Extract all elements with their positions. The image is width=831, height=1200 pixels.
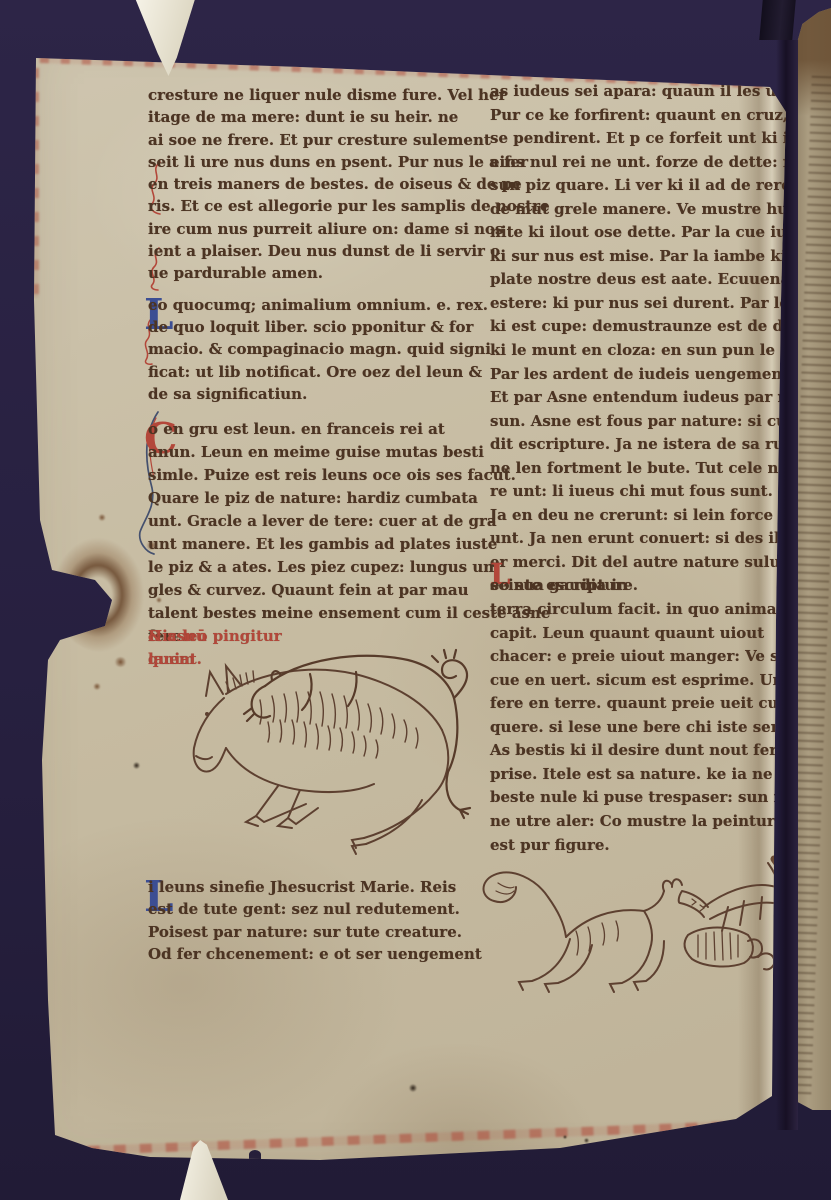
text-line: nite ki ilout ose dette. Par la cue iust… [490, 221, 812, 245]
body-text: o en gru est leun. en franceis rei at [148, 418, 445, 441]
text-column-left: cresture ne liquer nule disme fure. Vel … [148, 84, 490, 671]
text-line: chacer: e preie uiout manger: Ve sa [490, 645, 812, 669]
text-line: er merci. Dit del autre nature sulum [490, 551, 812, 575]
body-text: est pur figure. [490, 834, 610, 858]
red-margin-flourish [140, 316, 160, 366]
text-line: ire cum nus purreit aliure on: dame si n… [148, 218, 490, 240]
red-edge-stain-top [40, 56, 770, 88]
body-text: er merci. Dit del autre nature sulum [490, 551, 796, 575]
body-text: ue pardurable amen. [148, 262, 323, 284]
text-line: eo quocumq; animalium omnium. e. rex. [148, 294, 490, 316]
red-margin-flourish [146, 246, 168, 292]
text-line: dit escripture. Ja ne istera de sa rute:… [490, 433, 812, 457]
red-margin-flourish [146, 160, 168, 216]
body-text: beste nule ki puse trespaser: sun mere [490, 786, 816, 810]
stain-spot [98, 514, 106, 521]
text-line: estere: ki pur nus sei durent. Par le pe [490, 292, 812, 316]
lion-attacking-ass-drawing [160, 652, 490, 862]
body-text: simle. Puize est reis leuns oce ois ses … [148, 464, 516, 487]
bookmark-ribbon [759, 0, 795, 40]
body-text: as iudeus sei apara: quaun il les uiera. [490, 80, 814, 104]
body-text: ki est cupe: demustraunze est de deu, [490, 315, 809, 339]
text-line: ki est cupe: demustraunze est de deu, [490, 315, 812, 339]
text-line: de mut grele manere. Ve mustre huma [490, 198, 812, 222]
body-text: i leuns sinefie Jhesucrist Marie. Reis [148, 876, 456, 898]
parchment-hole-stain [52, 538, 144, 652]
body-text: ki sur nus est mise. Par la iambe ki est [490, 245, 817, 269]
left-block-3: Co en gru est leun. en franceis rei atan… [148, 418, 490, 671]
body-text: ficat: ut lib notificat. Ore oez del leu… [148, 361, 482, 383]
body-text: ne len fortment le bute. Tut cele natu [490, 457, 806, 481]
body-text: le piz & a ates. Les piez cupez: lungus … [148, 556, 494, 579]
left-block-2: Leo quocumq; animalium omnium. e. rex.de… [148, 294, 490, 405]
text-line: Par les ardent de iudeis uengement. [490, 363, 812, 387]
text-line: en treis maners de bestes. de oiseus & d… [148, 173, 490, 195]
body-text: ient a plaiser. Deu nus dunst de li serv… [148, 240, 500, 262]
stain-spot [146, 541, 157, 550]
text-gap [148, 648, 248, 649]
body-text: seit li ure nus duns en psent. Pur nus l… [148, 151, 528, 173]
red-edge-stain-bottom [62, 1121, 738, 1156]
manuscript-photo: cresture ne liquer nule disme fure. Vel … [0, 0, 831, 1200]
red-edge-stain-left [33, 68, 39, 298]
text-line: fere en terre. quaunt preie ueit cum [490, 692, 812, 716]
body-text: Ja en deu ne crerunt: si lein force nel … [490, 504, 827, 528]
body-text: nite ki ilout ose dette. Par la cue iust… [490, 221, 826, 245]
stain-spot [114, 657, 127, 667]
body-text: As bestis ki il desire dunt nout fere sa [490, 739, 810, 763]
body-text: Et par Asne entendum iudeus par rei [490, 386, 801, 410]
body-text: plate nostre deus est aate. Ecuuenable [490, 268, 816, 292]
text-line: simle. Puize est reis leuns oce ois ses … [148, 464, 490, 487]
body-text: talent bestes meine ensement cum il cest… [148, 602, 550, 625]
body-text: anun. Leun en meime guise mutas besti [148, 441, 484, 464]
rubric-text: Hic leo pingitur [148, 625, 282, 648]
body-text: en treis maners de bestes. de oiseus & d… [148, 173, 522, 195]
body-text: ris. Et ce est allegorie pur les samplis… [148, 195, 550, 217]
body-text: prise. Itele est sa nature. ke ia ne nei… [490, 763, 811, 787]
text-line: Quare le piz de nature: hardiz cumbata [148, 487, 490, 510]
illuminated-initial: L [144, 295, 174, 335]
body-text: Pur ce ke forfirent: quaunt en cruz, [490, 104, 788, 128]
body-text: Poisest par nature: sur tute creature. [148, 921, 462, 943]
body-text: chacer: e preie uiout manger: Ve sa [490, 645, 788, 669]
stain-spot [156, 597, 162, 603]
body-text: ki le munt en cloza: en sun pun le tenda… [490, 339, 831, 363]
text-line: sun. Asne est fous par nature: si cum [490, 410, 812, 434]
lion-chasing-prey-drawing [452, 845, 800, 995]
ink-speck [409, 1084, 417, 1092]
body-text: itage de ma mere: dunt ie su heir. ne [148, 106, 458, 128]
text-line: de sa significatiun. [148, 383, 490, 405]
text-line: eins nul rei ne unt. forze de dette: mus… [490, 151, 812, 175]
ink-speck [584, 1138, 589, 1143]
text-line: se pendirent. Et p ce forfeit unt ki il … [490, 127, 812, 151]
text-line: ue pardurable amen. [148, 262, 490, 284]
stain-spot [93, 683, 101, 690]
illuminated-initial: C [144, 419, 174, 459]
text-line: anun. Leun en meime guise mutas besti [148, 441, 490, 464]
body-text: eo quocumq; animalium omnium. e. rex. [148, 294, 488, 316]
body-text: de mut grele manere. Ve mustre huma [490, 198, 814, 222]
text-line: ki le munt en cloza: en sun pun le tenda… [490, 339, 812, 363]
text-line: de quo loquit liber. scio pponitur & for [148, 316, 490, 338]
text-line: talent bestes meine ensement cum il cest… [148, 602, 490, 625]
body-text: unt. Ja nen erunt conuert: si des il nen [490, 527, 816, 551]
body-text: Quare le piz de nature: hardiz cumbata [148, 487, 478, 510]
body-text: gles & curvez. Quaunt fein at par mau [148, 579, 469, 602]
body-text: terra circulum facit. in quo animalia [490, 598, 798, 622]
text-line: ris. Et ce est allegorie pur les samplis… [148, 195, 490, 217]
manuscript-page: cresture ne liquer nule disme fure. Vel … [0, 0, 831, 1200]
text-line: quere. si lese une bere chi iste sere en… [490, 716, 812, 740]
body-text: sun. Asne est fous par nature: si cum [490, 410, 803, 434]
text-line: Ja en deu ne crerunt: si lein force nel … [490, 504, 812, 528]
text-line: prise. Itele est sa nature. ke ia ne nei… [490, 763, 812, 787]
body-text: unt manere. Et les gambis ad plates iust… [148, 533, 497, 556]
text-line: Pur ce ke forfirent: quaunt en cruz, [490, 104, 812, 128]
text-line: As bestis ki il desire dunt nout fere sa [490, 739, 812, 763]
body-text: re unt: li iueus chi mut fous sunt. [490, 480, 773, 504]
text-line: itage de ma mere: dunt ie su heir. ne [148, 106, 490, 128]
body-text: Par les ardent de iudeis uengement. [490, 363, 794, 387]
text-line: beste nule ki puse trespaser: sun mere [490, 786, 812, 810]
body-text: seinte escripture. [490, 574, 638, 598]
text-line: le piz & a ates. Les piez cupez: lungus … [148, 556, 490, 579]
text-line: plate nostre deus est aate. Ecuuenable [490, 268, 812, 292]
text-line: Et par Asne entendum iudeus par rei [490, 386, 812, 410]
rubric-text: & asnū [148, 625, 207, 648]
body-text: capit. Leun quaunt quaunt uiout [490, 622, 764, 646]
text-line: capit. Leun quaunt quaunt uiout [490, 622, 812, 646]
body-text: cresture ne liquer nule disme fure. Vel … [148, 84, 507, 106]
body-text: eins nul rei ne unt. forze de dette: mus… [490, 151, 831, 175]
text-line: ne len fortment le bute. Tut cele natu [490, 457, 812, 481]
text-line: as iudeus sei apara: quaun il les uiera. [490, 80, 812, 104]
text-line: gles & curvez. Quaunt fein at par mau [148, 579, 490, 602]
text-line: unt. Gracle a lever de tere: cuer at de … [148, 510, 490, 533]
body-text: Od fer chcenement: e ot ser uengement [148, 943, 482, 965]
body-text: sun piz quare. Li ver ki il ad de rere [490, 174, 791, 198]
initial-descender-flourish [136, 408, 164, 558]
text-line: re unt: li iueus chi mut fous sunt. [490, 480, 812, 504]
text-column-right: as iudeus sei apara: quaun il les uiera.… [490, 80, 812, 857]
text-line: ficat: ut lib notificat. Ore oez del leu… [148, 361, 490, 383]
body-text: fere. [148, 625, 187, 648]
text-line: cresture ne liquer nule disme fure. Vel … [148, 84, 490, 106]
rubric-text: quem [148, 648, 195, 671]
text-line: sun piz quare. Li ver ki il ad de rere [490, 174, 812, 198]
body-text: ai soe ne frere. Et pur cresture sulemen… [148, 129, 491, 151]
text-line: est pur figure. [490, 834, 812, 858]
text-line: o en gru est leun. en franceis rei at [148, 418, 490, 441]
left-block-1: cresture ne liquer nule disme fure. Vel … [148, 84, 490, 285]
body-text: dit escripture. Ja ne istera de sa rute:… [490, 433, 825, 457]
ink-speck [563, 1135, 567, 1139]
body-text: macio. & compaginacio magn. quid signi [148, 338, 491, 360]
edge-nick [249, 1150, 261, 1159]
illuminated-initial: L [144, 877, 174, 917]
body-text: unt. Gracle a lever de tere: cuer at de … [148, 510, 497, 533]
body-text: se pendirent. Et p ce forfeit unt ki il … [490, 127, 819, 151]
text-line: ient a plaiser. Deu nus dunst de li serv… [148, 240, 490, 262]
text-line: terra circulum facit. in quo animalia [490, 598, 812, 622]
text-gap [148, 648, 226, 649]
text-line: seinte escripture. Leo sua gaudia in [490, 574, 812, 598]
text-line: ki sur nus est mise. Par la iambe ki est [490, 245, 812, 269]
body-text: ire cum nus purreit aliure on: dame si n… [148, 218, 504, 240]
body-text: eo sua gaudia in [490, 574, 628, 598]
text-line: fere. Hic leo pingitur& asnū [148, 625, 490, 648]
text-line: cue en uert. sicum est esprime. Un cerne [490, 669, 812, 693]
text-line: unt manere. Et les gambis ad plates iust… [148, 533, 490, 556]
body-text: fere en terre. quaunt preie ueit cum [490, 692, 794, 716]
body-text: de quo loquit liber. scio pponitur & for [148, 316, 473, 338]
body-text: de sa significatiun. [148, 383, 307, 405]
text-line: seit li ure nus duns en psent. Pur nus l… [148, 151, 490, 173]
text-line: unt. Ja nen erunt conuert: si des il nen [490, 527, 812, 551]
text-line: macio. & compaginacio magn. quid signi [148, 338, 490, 360]
text-gap [148, 625, 200, 626]
text-line: ne utre aler: Co mustre la peinture. si … [490, 810, 812, 834]
body-text: est de tute gent: sez nul redutement. [148, 898, 460, 920]
text-line: ai soe ne frere. Et pur cresture sulemen… [148, 129, 490, 151]
rubric-text: laniat. [148, 648, 202, 671]
text-line: quemlaniat. [148, 648, 490, 671]
body-text: estere: ki pur nus sei durent. Par le pe [490, 292, 814, 316]
right-block-1: as iudeus sei apara: quaun il les uiera.… [490, 80, 812, 857]
ink-speck [133, 762, 140, 769]
